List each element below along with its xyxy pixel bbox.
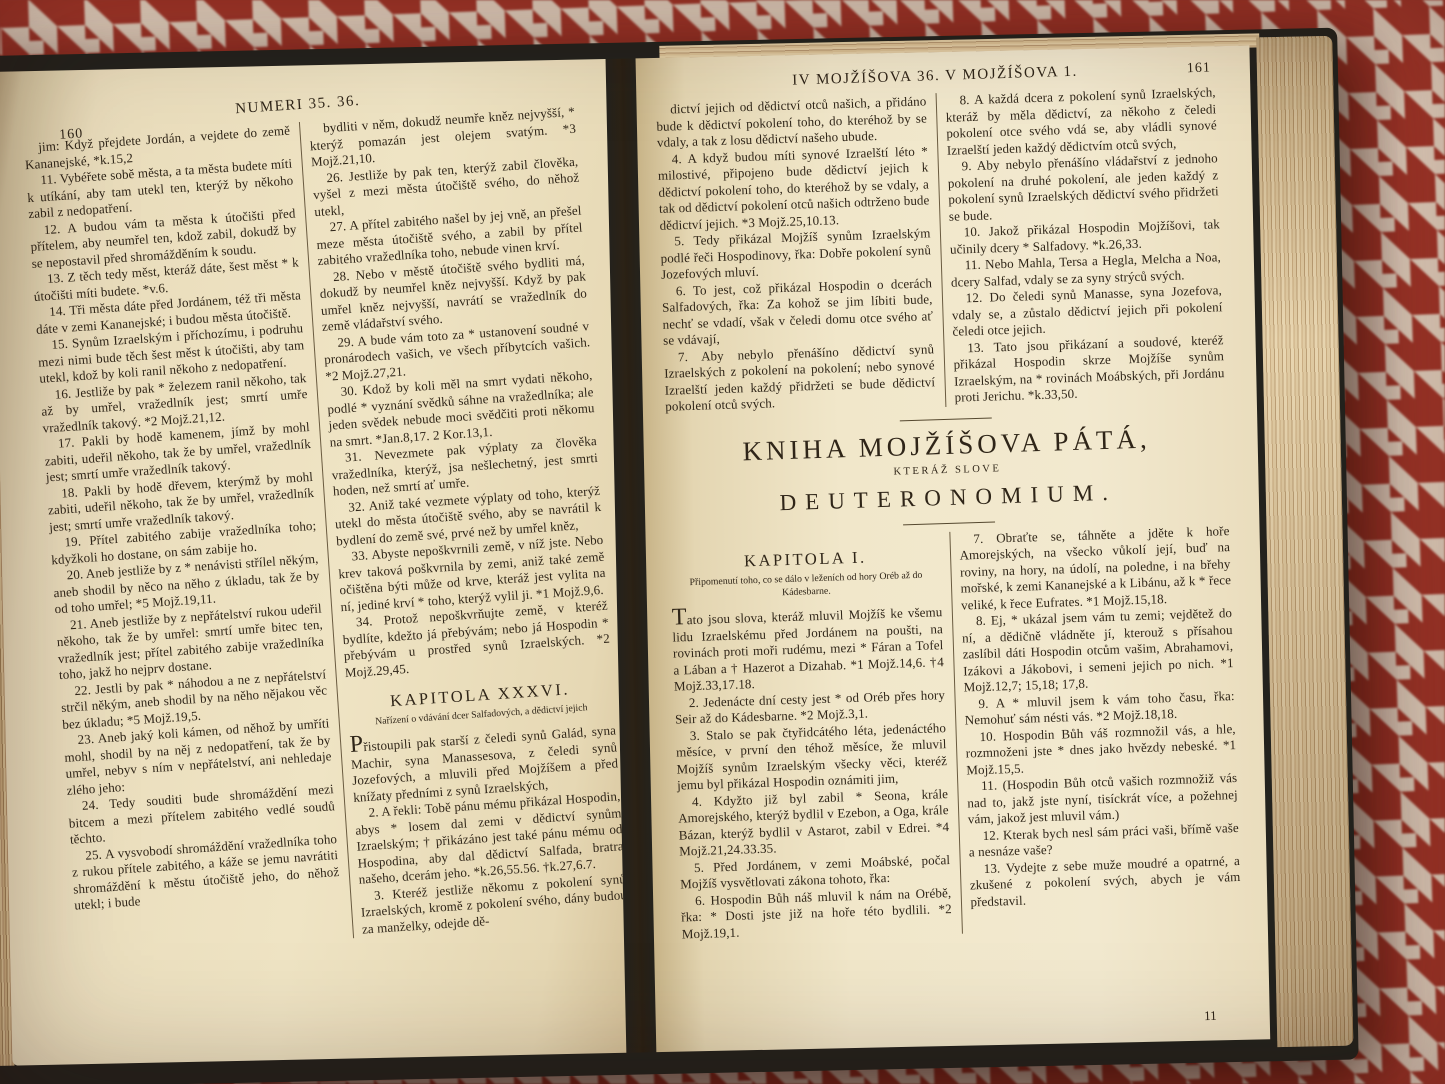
verse: dictví jejich od dědictví otců našich, a… <box>656 93 928 151</box>
verse: 11. (Hospodin Bůh otců vašich rozmnožiž … <box>967 770 1239 828</box>
left-page-column-1: jim: Když přejdete Jordán, a vejdete do … <box>24 122 353 957</box>
verse: 10. Hospodin Bůh váš rozmnožil vás, a hl… <box>965 721 1237 779</box>
signature-mark: 11 <box>1204 1008 1217 1024</box>
right-page-chapter-column-2: 7. Obraťte se, táhněte a jděte k hoře Am… <box>949 523 1242 934</box>
running-head-right: IV MOJŽÍŠOVA 36. V MOJŽÍŠOVA 1. <box>792 64 1078 89</box>
title-divider-rule <box>903 521 995 525</box>
verse: 13. Tato jsou přikázaní a soudové, které… <box>953 332 1225 406</box>
verse: 13. Vydejte z sebe muže moudré a opatrné… <box>969 852 1241 910</box>
verse: 8. A každá dcera z pokolení synů Izraels… <box>945 84 1217 158</box>
left-page-column-2: bydliti v něm, dokudž neumře kněz nejvyš… <box>298 104 626 939</box>
page-number-left: 160 <box>59 126 84 144</box>
verse: 8. Ej, * ukázal jsem vám tu zemi; vejdět… <box>961 605 1234 696</box>
page-right-content: IV MOJŽÍŠOVA 36. V MOJŽÍŠOVA 1. 161 dict… <box>655 59 1245 1040</box>
verse: 12. Do čeledi synů Manasse, syna Jozefov… <box>951 282 1223 340</box>
page-spread: 160 NUMERI 35. 36. jim: Když přejdete Jo… <box>0 46 1270 1066</box>
page-left-content: 160 NUMERI 35. 36. jim: Když přejdete Jo… <box>22 79 627 1061</box>
right-page-chapter-columns: KAPITOLA I.Připomenutí toho, co se dálo … <box>669 523 1241 943</box>
verse: 7. Obraťte se, táhněte a jděte k hoře Am… <box>959 523 1232 614</box>
verse: 9. Aby nebylo přenášíno vládařství z jed… <box>947 150 1219 224</box>
verse: 4. A když budou míti synové Izraelští lé… <box>657 143 930 234</box>
page-edges-right <box>1256 36 1353 1047</box>
running-head-left: NUMERI 35. 36. <box>235 93 361 117</box>
left-page-columns: jim: Když přejdete Jordán, a vejdete do … <box>24 104 627 957</box>
photo-scene: 160 NUMERI 35. 36. jim: Když přejdete Jo… <box>0 0 1445 1084</box>
right-page-top-column-2: 8. A každá dcera z pokolení synů Izraels… <box>935 84 1225 406</box>
section-divider-rule <box>900 417 992 421</box>
verse: 4. Kdyžto již byl zabil * Seona, krále A… <box>677 786 949 860</box>
book-title-block: KNIHA MOJŽÍŠOVA PÁTÁ, KTERÁŽ SLOVE DEUTE… <box>666 421 1229 533</box>
verse: 6. To jest, což přikázal Hospodin o dcer… <box>661 275 933 349</box>
right-page-top-columns: dictví jejich od dědictví otců našich, a… <box>656 84 1226 415</box>
verse: Tato jsou slova, kteráž mluvil Mojžíš ke… <box>672 599 945 695</box>
book-latin-name: DEUTERONOMIUM. <box>668 476 1229 520</box>
page-number-right: 161 <box>1187 60 1211 77</box>
verse: 7. Aby nebylo přenášíno dědictví synů Iz… <box>663 341 935 415</box>
page-left: 160 NUMERI 35. 36. jim: Když přejdete Jo… <box>0 59 626 1066</box>
right-page-top-column-1: dictví jejich od dědictví otců našich, a… <box>656 93 945 415</box>
chapter-summary: Připomenutí toho, co se dálo v leženích … <box>671 568 942 603</box>
page-right: IV MOJŽÍŠOVA 36. V MOJŽÍŠOVA 1. 161 dict… <box>636 46 1271 1053</box>
open-book: 160 NUMERI 35. 36. jim: Když přejdete Jo… <box>0 28 1359 1084</box>
verse: 5. Tedy přikázal Mojžíš synům Izraelským… <box>660 225 932 283</box>
verse: 3. Stalo se pak čtyřidcátého léta, jeden… <box>675 720 947 794</box>
verse: 6. Hospodin Bůh náš mluvil k nám na Oréb… <box>681 885 953 943</box>
right-page-chapter-column-1: KAPITOLA I.Připomenutí toho, co se dálo … <box>669 531 961 942</box>
